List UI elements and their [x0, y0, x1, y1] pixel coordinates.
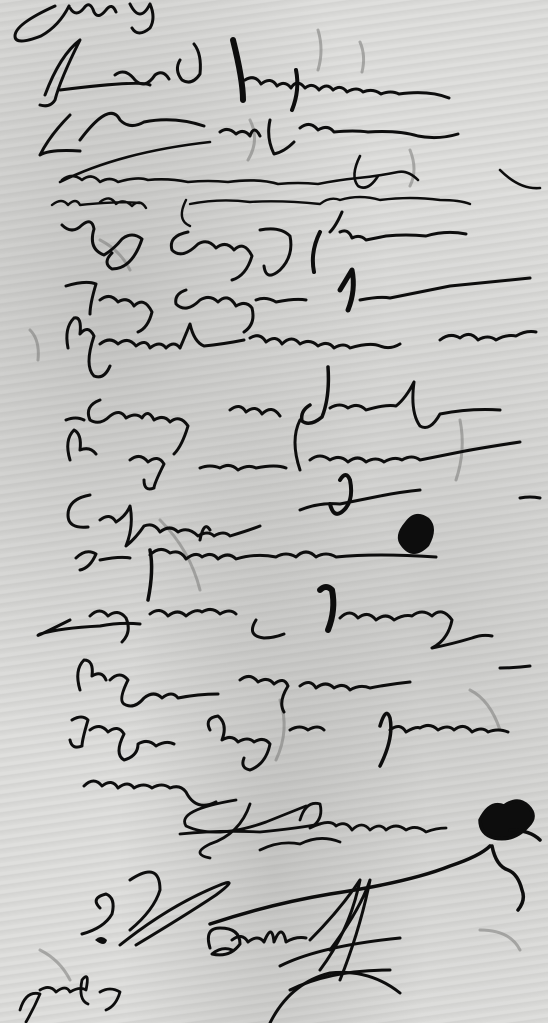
- handwriting-ink: [0, 0, 548, 1023]
